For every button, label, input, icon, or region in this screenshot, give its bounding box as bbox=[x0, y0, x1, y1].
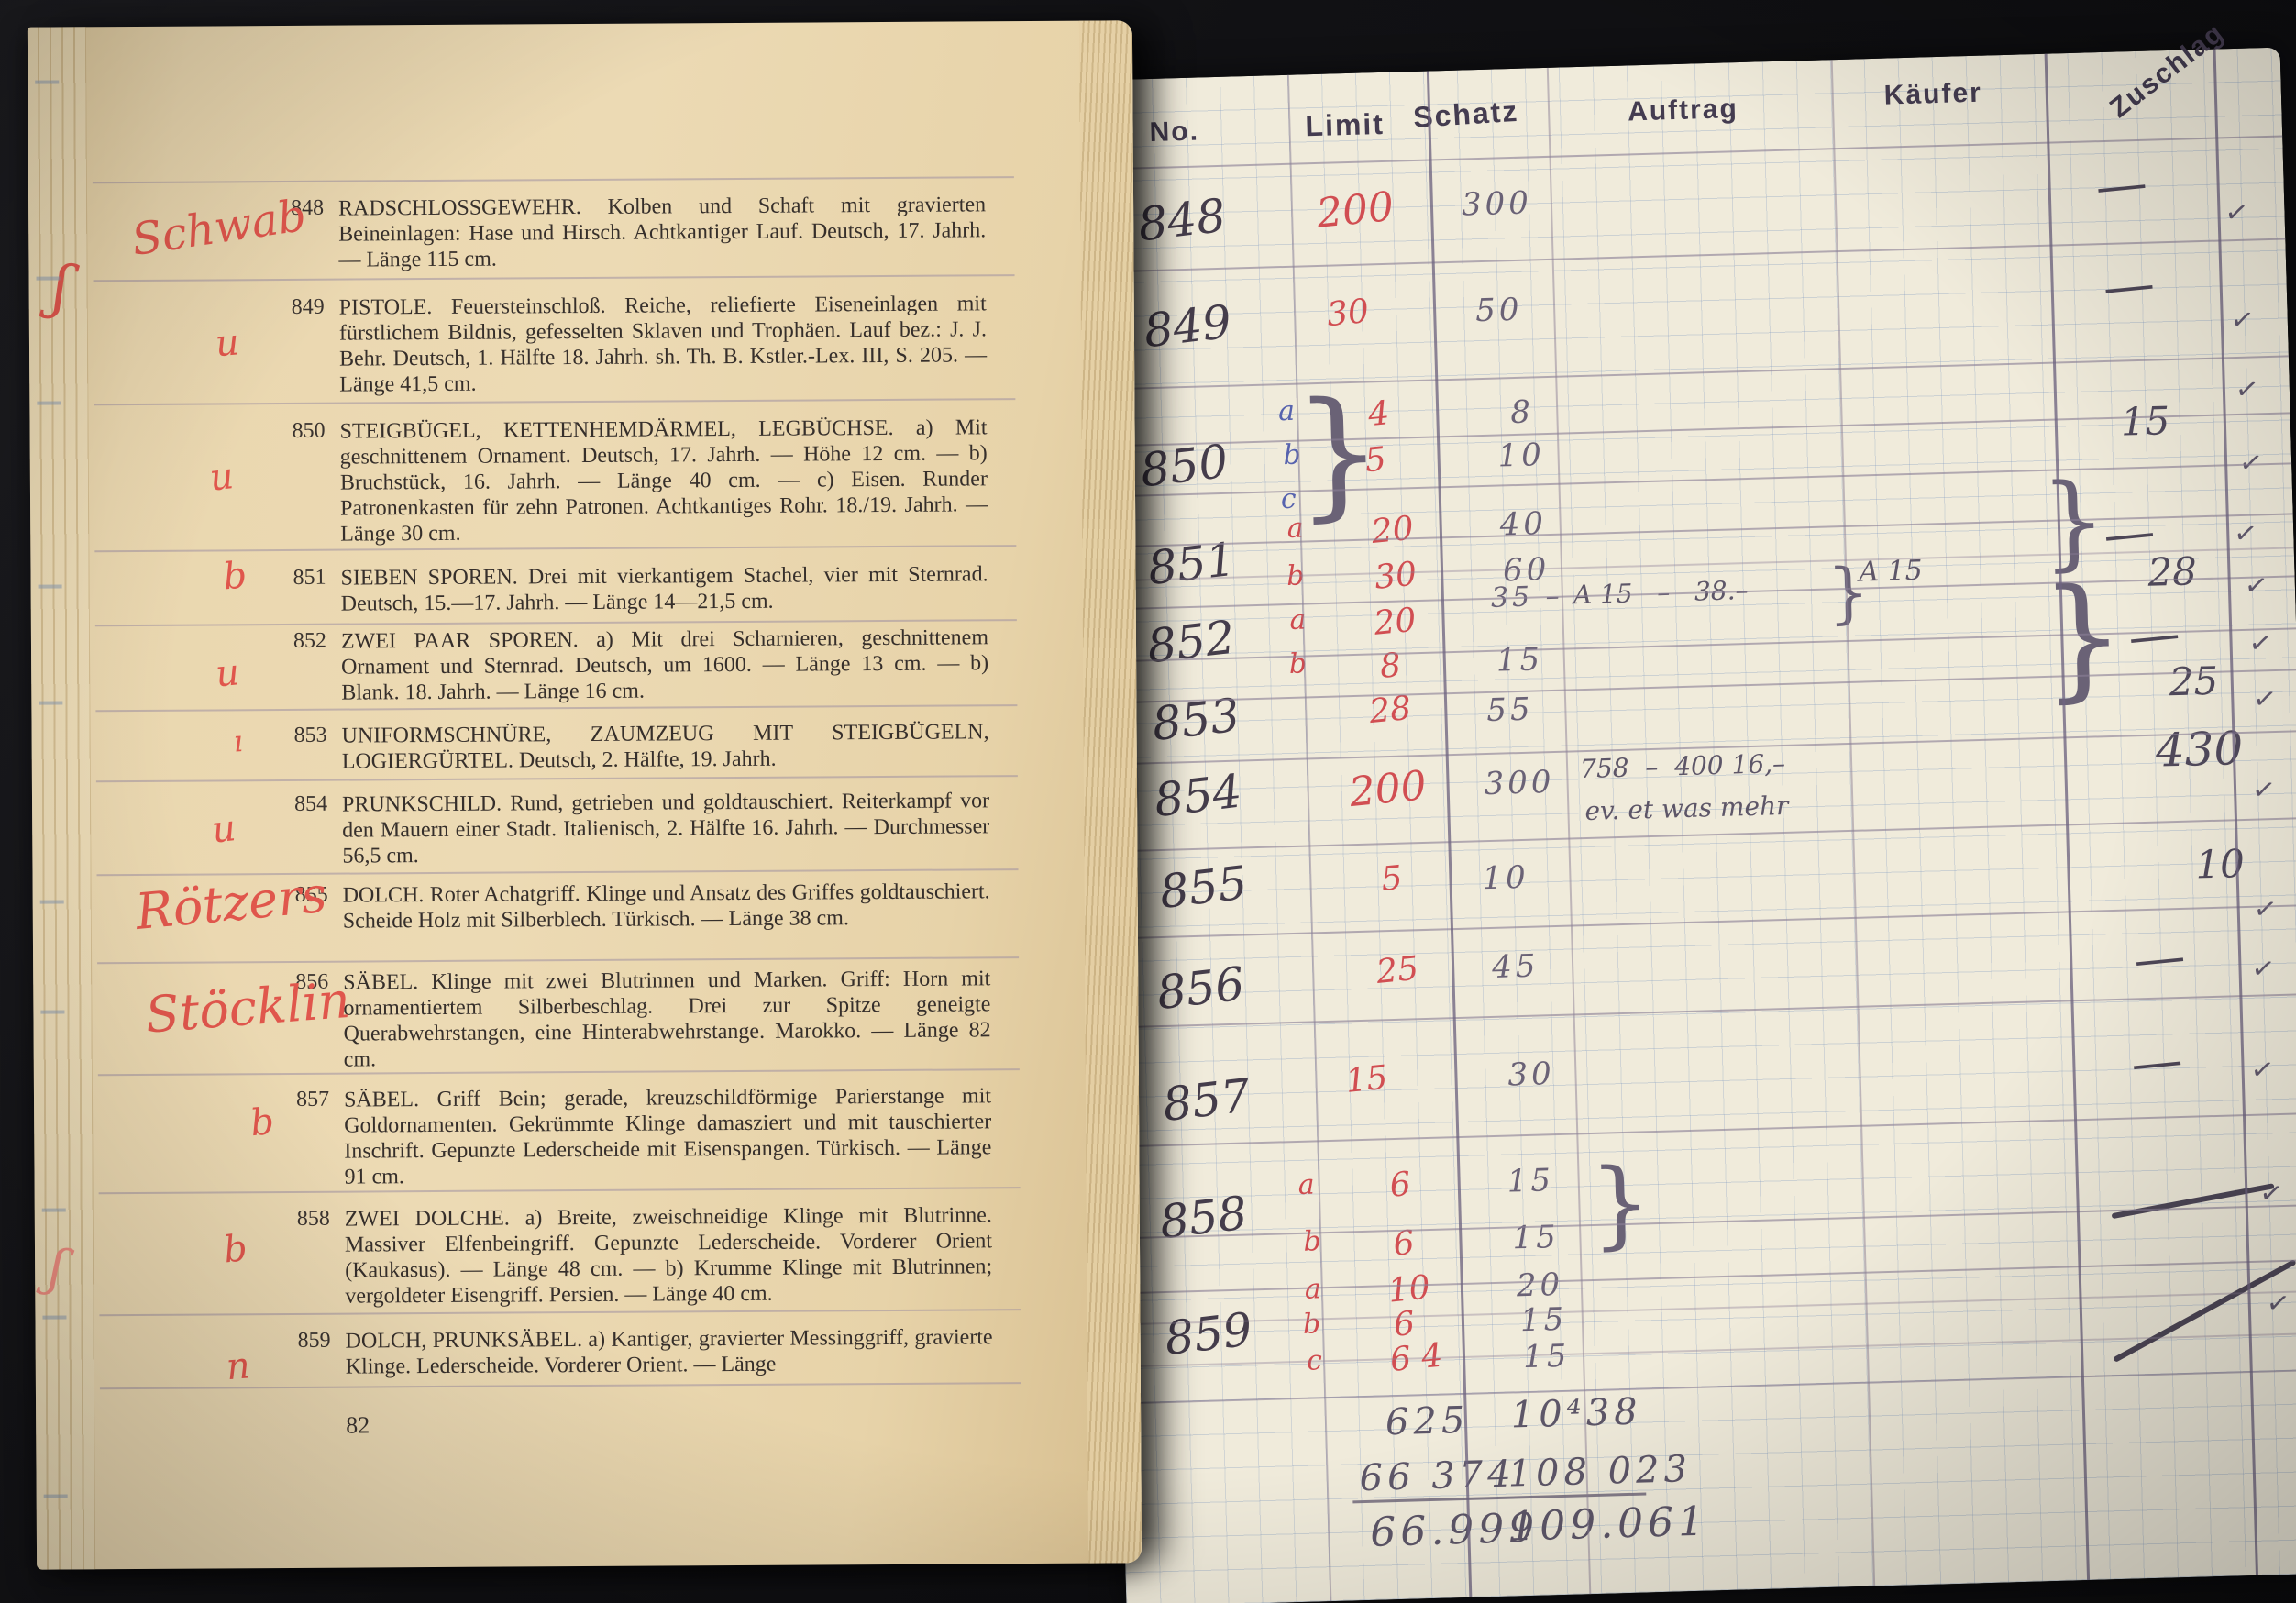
ledger-limit: 5 bbox=[1380, 862, 1404, 897]
ledger-limit: 20 bbox=[1373, 604, 1418, 641]
page-edge-tick bbox=[44, 1494, 68, 1498]
ledger-content: 848849850851852853854855856857858859abca… bbox=[1084, 48, 2279, 81]
entry-number: 852 bbox=[262, 629, 326, 654]
ledger-no: 849 bbox=[1142, 299, 1234, 355]
ledger-no: 852 bbox=[1145, 614, 1238, 670]
check-icon: ✓ bbox=[2250, 955, 2277, 985]
ledger-total: 10⁴38 bbox=[1510, 1394, 1642, 1434]
ledger-limit: 6 bbox=[1388, 1168, 1412, 1203]
ledger-row-rule bbox=[1110, 993, 2296, 1028]
ledger-zuschlag: 28 bbox=[2147, 552, 2198, 591]
catalog-entry: 851SIEBEN SPOREN. Drei mit vierkantigem … bbox=[261, 561, 988, 617]
ledger-grid bbox=[1084, 48, 2279, 81]
ledger-header-auftrag: Auftrag bbox=[1628, 94, 1739, 127]
catalog-entry: 857SÄBEL. Griff Bein; gerade, kreuzschil… bbox=[265, 1083, 992, 1190]
catalog-entry: 858ZWEI DOLCHE. a) Breite, zweischneidig… bbox=[266, 1202, 993, 1310]
catalog-entries: 848RADSCHLOSSGEWEHR. Kolben und Schaft m… bbox=[28, 20, 1132, 27]
ledger-no: 848 bbox=[1136, 193, 1229, 249]
ledger-total: 66 374 bbox=[1359, 1455, 1516, 1497]
entry-number: 850 bbox=[260, 419, 325, 444]
margin-annotation: u bbox=[214, 654, 240, 692]
ledger-schatz: 300 bbox=[1461, 187, 1532, 220]
ledger-page: No. Limit Schatz Auftrag Käufer Zuschlag… bbox=[1084, 48, 2296, 1603]
ledger-header-no: No. bbox=[1149, 116, 1199, 149]
ledger-limit: 6 bbox=[1392, 1227, 1416, 1262]
page-edge-tick bbox=[37, 401, 61, 404]
catalog-entry: 852ZWEI PAAR SPOREN. a) Mit drei Scharni… bbox=[262, 625, 988, 706]
ledger-row-rule bbox=[1120, 1332, 2296, 1367]
ledger-no: 850 bbox=[1138, 438, 1231, 494]
ledger-row-rule bbox=[1092, 355, 2289, 390]
ledger-limit: 28 bbox=[1368, 692, 1413, 729]
ledger-zuschlag: — bbox=[2093, 158, 2149, 214]
margin-annotation: n bbox=[225, 1347, 251, 1386]
ledger-no: 854 bbox=[1152, 768, 1244, 824]
page-edge-tick bbox=[40, 900, 64, 903]
brace-mark: } bbox=[1589, 1155, 1652, 1252]
ledger-zuschlag: 15 bbox=[2120, 402, 2170, 441]
ledger-auftrag-note: A 15 bbox=[1859, 558, 1923, 587]
check-icon: ✓ bbox=[2232, 519, 2258, 549]
check-icon: ✓ bbox=[2250, 776, 2277, 806]
entry-number: 849 bbox=[260, 295, 325, 320]
page-edge-tick bbox=[37, 276, 61, 280]
check-icon: ✓ bbox=[2249, 1056, 2276, 1086]
margin-annotation: b bbox=[248, 1103, 275, 1142]
entry-text: UNIFORMSCHNÜRE, ZAUMZEUG MIT STEIGBÜGELN… bbox=[342, 719, 989, 774]
check-icon: ✓ bbox=[2265, 1288, 2291, 1319]
margin-annotation: u bbox=[210, 810, 237, 849]
ledger-header-zuschlag: Zuschlag bbox=[2104, 17, 2231, 125]
ledger-row-rule bbox=[1096, 462, 2292, 497]
ledger-schatz: 45 bbox=[1492, 951, 1540, 983]
ledger-no: 855 bbox=[1157, 859, 1250, 915]
catalog-page: 848RADSCHLOSSGEWEHR. Kolben und Schaft m… bbox=[28, 20, 1142, 1569]
margin-annotation: u bbox=[208, 458, 236, 497]
catalog-entry: 848RADSCHLOSSGEWEHR. Kolben und Schaft m… bbox=[259, 192, 986, 273]
ledger-column-rule bbox=[2213, 50, 2258, 1575]
catalog-entry: 855DOLCH. Roter Achatgriff. Klinge und A… bbox=[264, 879, 990, 934]
ledger-schatz: 15 bbox=[1519, 1304, 1567, 1336]
ledger-sub: a bbox=[1297, 1171, 1315, 1199]
catalog-entry: 849PISTOLE. Feuersteinschloß. Reiche, re… bbox=[260, 291, 988, 398]
entry-separator-rule bbox=[99, 1309, 1021, 1316]
entry-separator-rule bbox=[94, 398, 1015, 405]
brace-mark: } bbox=[1292, 382, 1385, 525]
entry-separator-rule bbox=[96, 775, 1018, 782]
check-icon: ✓ bbox=[2229, 305, 2256, 336]
ledger-row-rule bbox=[1113, 1112, 2296, 1147]
brace-mark: } bbox=[2039, 470, 2107, 574]
catalog-entry: 853UNIFORMSCHNÜRE, ZAUMZEUG MIT STEIGBÜG… bbox=[263, 719, 989, 775]
ledger-limit: 25 bbox=[1375, 953, 1420, 989]
page-edge-tick bbox=[39, 584, 62, 588]
entry-separator-rule bbox=[93, 176, 1014, 183]
page-number: 82 bbox=[346, 1411, 370, 1439]
ledger-limit: 200 bbox=[1348, 766, 1429, 813]
ledger-zuschlag: — bbox=[2126, 608, 2182, 664]
ledger-total: 625 bbox=[1385, 1402, 1469, 1442]
ledger-column-rule bbox=[2045, 54, 2090, 1580]
entry-number: 859 bbox=[267, 1329, 331, 1354]
ledger-header-limit: Limit bbox=[1305, 107, 1385, 143]
ledger-no: 859 bbox=[1163, 1306, 1255, 1362]
ledger-schatz: 20 bbox=[1516, 1269, 1563, 1301]
entry-separator-rule bbox=[97, 956, 1019, 964]
catalog-rule-lines bbox=[28, 20, 1132, 27]
page-edge-tick bbox=[42, 1315, 66, 1319]
page-edge-tick bbox=[40, 1010, 64, 1013]
entry-text: SÄBEL. Klinge mit zwei Blutrinnen und Ma… bbox=[343, 966, 991, 1072]
ledger-schatz: 15 bbox=[1507, 1165, 1554, 1197]
ledger-row-rule bbox=[1119, 1290, 2296, 1325]
ledger-no: 857 bbox=[1161, 1072, 1253, 1128]
ledger-sub: b bbox=[1303, 1310, 1321, 1339]
ledger-row-rule bbox=[1120, 1369, 2296, 1404]
ledger-limit: 6 bbox=[1392, 1308, 1416, 1343]
ledger-no: 856 bbox=[1154, 961, 1247, 1017]
ledger-schatz: 15 bbox=[1523, 1341, 1571, 1373]
catalog-entry: 859DOLCH, PRUNKSÄBEL. a) Kantiger, gravi… bbox=[267, 1324, 993, 1380]
margin-annotation: b bbox=[222, 1230, 249, 1269]
entry-separator-rule bbox=[94, 545, 1016, 552]
ledger-limit: 10 bbox=[1386, 1271, 1431, 1308]
entry-text: SÄBEL. Griff Bein; gerade, kreuzschildfö… bbox=[344, 1083, 992, 1189]
ledger-sub: a bbox=[1304, 1276, 1321, 1303]
ledger-row-rule bbox=[1094, 412, 2290, 447]
ledger-header-kaeufer: Käufer bbox=[1883, 78, 1982, 112]
ledger-limit: 200 bbox=[1315, 187, 1396, 235]
catalog-entry: 856SÄBEL. Klinge mit zwei Blutrinnen und… bbox=[264, 966, 991, 1073]
page-edge-tick bbox=[35, 80, 59, 83]
entry-text: RADSCHLOSSGEWEHR. Kolben und Schaft mit … bbox=[338, 192, 987, 272]
scanned-book-photo: { "catalog": { "page_number": "82", "ent… bbox=[0, 0, 2296, 1603]
entry-number: 853 bbox=[263, 724, 327, 748]
ledger-limit: 30 bbox=[1374, 558, 1418, 595]
margin-annotation: u bbox=[215, 324, 241, 362]
ledger-total: 108 023 bbox=[1507, 1451, 1692, 1493]
margin-annotation: b bbox=[222, 557, 248, 595]
catalog-entry: 850STEIGBÜGEL, KETTENHEMDÄRMEL, LEGBÜCHS… bbox=[260, 415, 988, 547]
entry-text: DOLCH. Roter Achatgriff. Klinge und Ansa… bbox=[343, 879, 990, 934]
ledger-schatz: 50 bbox=[1475, 294, 1523, 326]
ledger-zuschlag: — bbox=[2101, 259, 2157, 315]
margin-annotation: ı bbox=[233, 726, 244, 757]
catalog-annotations: SchwabuubuıuRötzersStöcklinbbnʃʃ bbox=[28, 20, 1132, 27]
brace-mark: } bbox=[2038, 570, 2126, 706]
ledger-schatz: 10 bbox=[1497, 439, 1545, 471]
check-icon: ✓ bbox=[2223, 198, 2249, 228]
ledger-schatz: 55 bbox=[1486, 694, 1534, 726]
ledger-schatz: 10 bbox=[1482, 862, 1529, 894]
entry-text: PISTOLE. Feuersteinschloß. Reiche, relie… bbox=[339, 291, 988, 397]
ledger-row-rule bbox=[1108, 904, 2296, 939]
entry-number: 858 bbox=[266, 1207, 330, 1232]
ledger-zuschlag: — bbox=[2129, 1034, 2185, 1090]
entry-number: 851 bbox=[261, 566, 326, 591]
ledger-auftrag: 758 – 400 16,– bbox=[1580, 751, 1786, 782]
ledger-total: 109.061 bbox=[1509, 1502, 1709, 1548]
check-icon: ✓ bbox=[2252, 895, 2279, 925]
page-edge-tick bbox=[42, 1208, 66, 1211]
entry-text: SIEBEN SPOREN. Drei mit vierkantigem Sta… bbox=[340, 561, 988, 616]
no-sale-stroke bbox=[2112, 1183, 2275, 1219]
ledger-row-rule bbox=[1116, 1204, 2296, 1239]
entry-number: 857 bbox=[265, 1088, 329, 1112]
ledger-limit: 15 bbox=[1344, 1062, 1389, 1099]
check-icon: ✓ bbox=[2251, 685, 2278, 715]
ledger-zuschlag: 25 bbox=[2169, 662, 2219, 702]
ledger-auftrag-note: ev. et was mehr bbox=[1584, 793, 1789, 824]
ledger-zuschlag: — bbox=[2132, 931, 2188, 987]
ledger-row-rule bbox=[1118, 1259, 2296, 1294]
book-fore-edge bbox=[1079, 20, 1142, 1563]
ledger-schatz: 8 bbox=[1510, 396, 1535, 428]
ledger-schatz: 30 bbox=[1507, 1058, 1555, 1090]
ledger-rules bbox=[1084, 48, 2279, 81]
entry-separator-rule bbox=[95, 704, 1017, 712]
entry-text: DOLCH, PRUNKSÄBEL. a) Kantiger, graviert… bbox=[346, 1324, 993, 1379]
check-icon: ✓ bbox=[2234, 375, 2260, 405]
entry-text: PRUNKSCHILD. Rund, getrieben und goldtau… bbox=[342, 788, 990, 868]
entry-text: ZWEI PAAR SPOREN. a) Mit drei Scharniere… bbox=[341, 625, 988, 705]
ledger-column-rule bbox=[1831, 60, 1875, 1586]
check-icon: ✓ bbox=[2247, 629, 2274, 659]
entry-separator-rule bbox=[94, 274, 1015, 282]
entry-number: 854 bbox=[263, 792, 327, 817]
entry-text: STEIGBÜGEL, KETTENHEMDÄRMEL, LEGBÜCHSE. … bbox=[339, 415, 988, 547]
ledger-schatz: 300 bbox=[1484, 767, 1555, 800]
ledger-limit: 30 bbox=[1326, 295, 1371, 332]
entry-text: ZWEI DOLCHE. a) Breite, zweischneidige K… bbox=[345, 1202, 993, 1309]
catalog-entry: 854PRUNKSCHILD. Rund, getrieben und gold… bbox=[263, 788, 989, 869]
margin-annotation: Stöcklin bbox=[144, 976, 352, 1041]
page-edge-tick bbox=[39, 701, 62, 704]
